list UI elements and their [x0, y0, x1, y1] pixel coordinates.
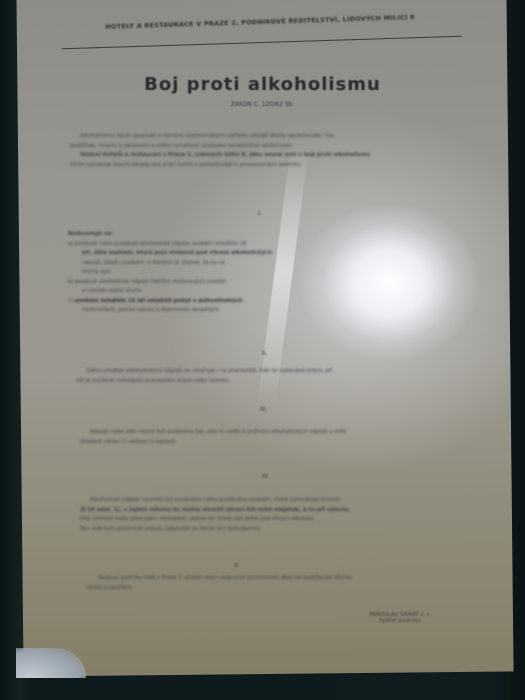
intro-paragraph: Alkoholismus bývá spojován s různými spo…	[70, 132, 470, 170]
item-line: osobám mladším 15 let umožnit pobyt v po…	[75, 298, 243, 304]
section-line: Zákaz prodeje alkoholických nápojů se vz…	[76, 367, 476, 377]
section-1-numeral: I.	[258, 210, 262, 217]
item-line: místnostech, pokud nejsou v doprovodu do…	[68, 306, 448, 316]
section-1-heading: Nedovoluje se:	[68, 230, 448, 240]
section-5-numeral: V.	[234, 562, 239, 569]
signatory-role: ředitel podniku	[350, 618, 450, 624]
section-line: Vedoucí podniku HaR v Praze 2 ukládá vše…	[86, 574, 480, 584]
section-1-item-c: c) osobám mladším 15 let umožnit pobyt v…	[68, 297, 448, 307]
law-reference: ZÁKON Č. 120/62 Sb.	[0, 101, 525, 108]
section-1-item-a: a) podávat nebo prodávat alkoholické náp…	[68, 240, 448, 250]
item-line: a vozidel všeho druhu	[68, 287, 448, 297]
section-line: této činnosti nebo před jejím nástupem, …	[80, 515, 480, 525]
poster-title: Boj proti alkoholismu	[0, 74, 525, 95]
item-line: mohly opít	[68, 268, 448, 278]
item-line: podávat alkoholické nápoje řidičům motor…	[75, 279, 225, 285]
section-4-numeral: IV.	[262, 473, 269, 480]
section-5: Vedoucí podniku HaR v Praze 2 ukládá vše…	[86, 574, 480, 593]
intro-line: tímto vyhlašuje hlavní zásady pro práci …	[70, 161, 470, 171]
item-label: b)	[68, 279, 74, 285]
item-label: a)	[68, 241, 73, 247]
section-line: Ten, kdo tuto povinnost poruší, odpovídá…	[80, 525, 480, 535]
item-line: podávat nebo prodávat alkoholické nápoje…	[75, 241, 246, 247]
section-line: Nápoje nebo jídlo nesmí být podávány tak…	[80, 428, 476, 438]
section-line: (§ 16 odst. 1), v jejímž výkonu by mohly…	[80, 506, 480, 516]
item-line: nápojů, jakož i osobám, u kterých je zře…	[68, 259, 448, 269]
signature-block: MIROSLAV ŠAMÁT v. r. ředitel podniku	[350, 612, 450, 624]
section-line: Alkoholické nápoje nesmějí být podávány …	[80, 496, 480, 506]
section-2-numeral: II.	[262, 350, 267, 357]
section-line: škodlivé zdraví či vedoucí k opilosti.	[80, 438, 476, 448]
section-2: Zákaz prodeje alkoholických nápojů se vz…	[76, 367, 476, 386]
item-line: let, dále osobám, které jsou zřetelně po…	[68, 249, 448, 259]
intro-line: Vedení Hotelů a restaurací v Praze 2, Li…	[70, 151, 470, 161]
section-3: Nápoje nebo jídlo nesmí být podávány tak…	[80, 428, 476, 447]
item-label: c)	[68, 298, 73, 304]
section-line: níž je zvýšené nebezpečí pracovního úraz…	[76, 377, 476, 387]
section-4: Alkoholické nápoje nesmějí být podávány …	[80, 496, 480, 534]
section-1-item-b: b) podávat alkoholické nápoje řidičům mo…	[68, 278, 448, 288]
intro-line: Alkoholismus bývá spojován s různými spo…	[70, 132, 470, 142]
section-1: Nedovoluje se: a) podávat nebo prodávat …	[68, 230, 448, 316]
section-3-numeral: III.	[260, 406, 267, 413]
intro-line: podářské, mravní a zdravotní a může naru…	[70, 142, 470, 152]
section-line: zásad a opatření.	[86, 584, 480, 594]
